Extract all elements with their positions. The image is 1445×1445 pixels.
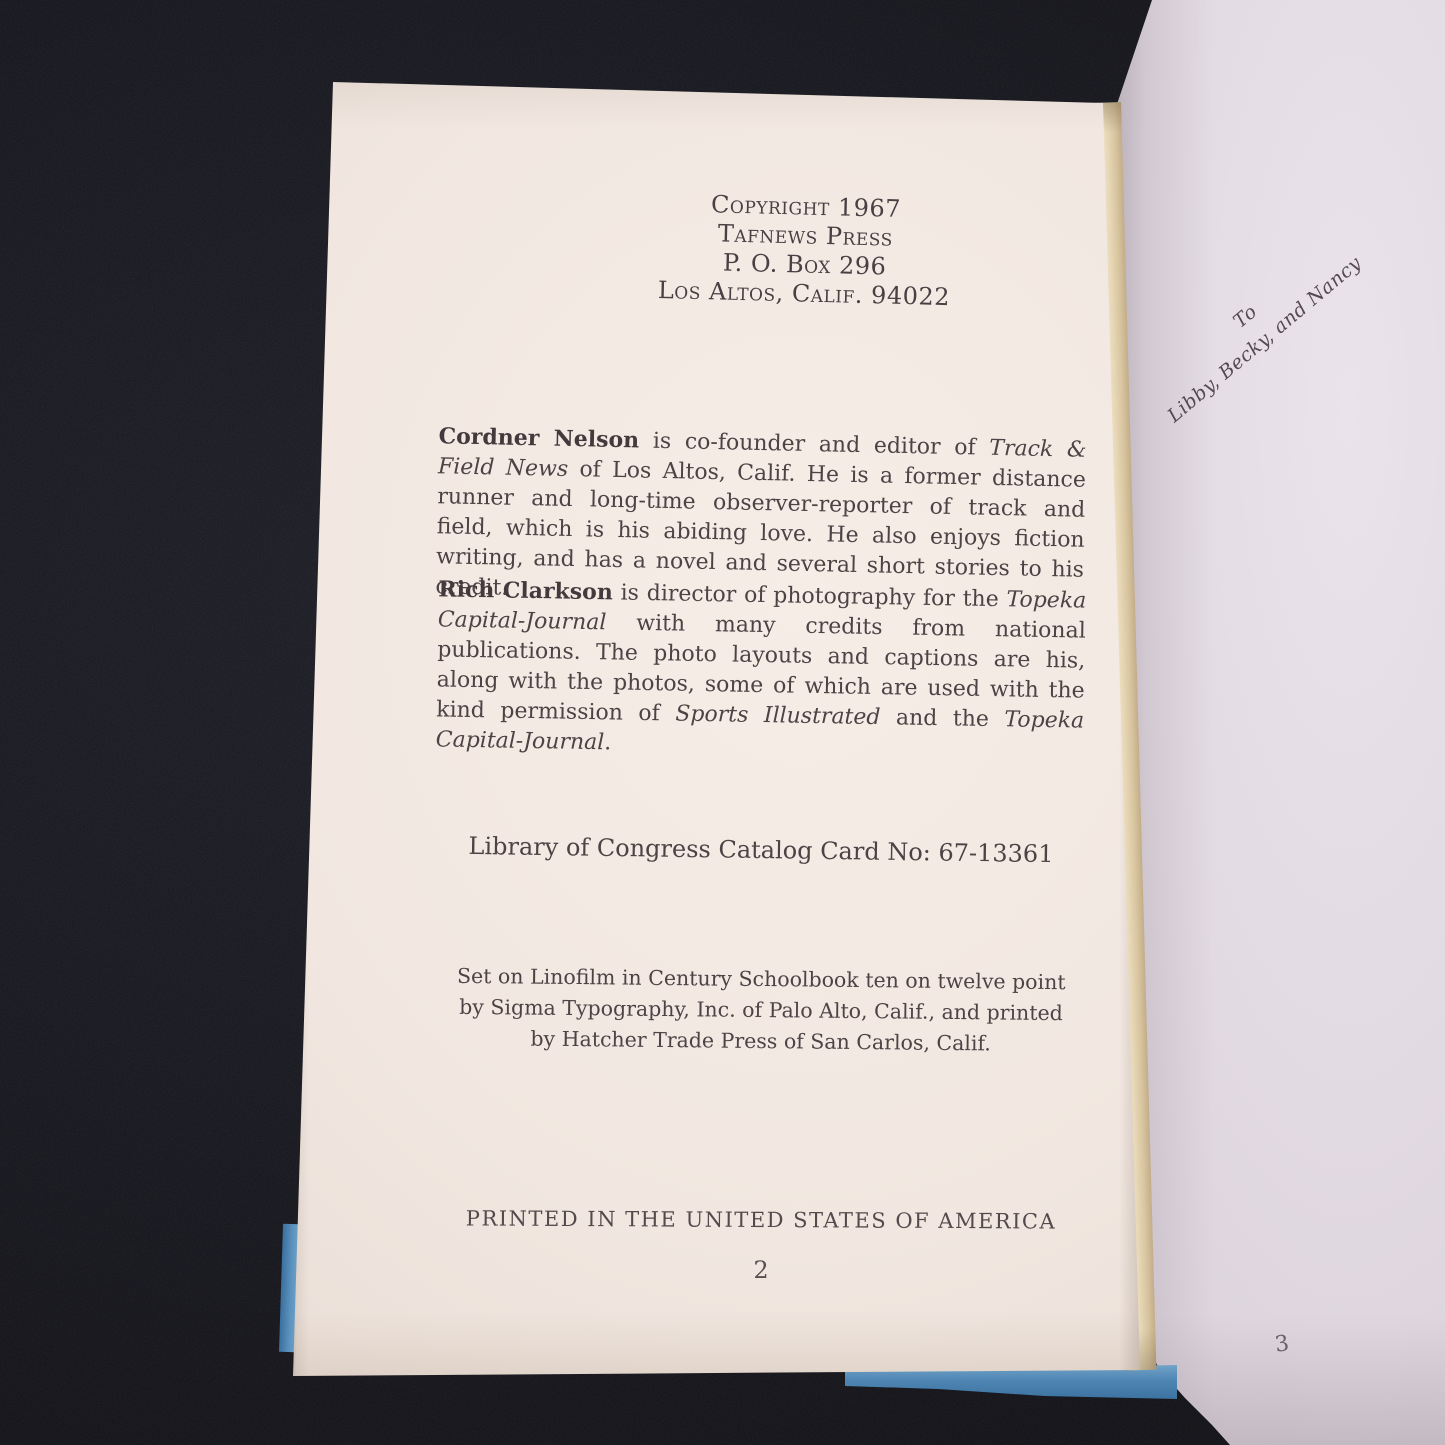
printed-in-usa-line: PRINTED IN THE UNITED STATES OF AMERICA (437, 1206, 1085, 1233)
dedication-line-names: Libby, Becky, and Nancy (1159, 248, 1370, 432)
copyright-page: Copyright 1967 Tafnews Press P. O. Box 2… (285, 80, 1145, 1380)
book-photo: To Libby, Becky, and Nancy 3 Copyright 1… (0, 0, 1445, 1445)
page-number-right: 3 (1273, 1331, 1290, 1358)
copyright-block: Copyright 1967 Tafnews Press P. O. Box 2… (436, 184, 1131, 317)
page-number-left: 2 (437, 1255, 1085, 1285)
loc-catalog-line: Library of Congress Catalog Card No: 67-… (437, 831, 1085, 868)
colophon-line-3: by Hatcher Trade Press of San Carlos, Ca… (437, 1023, 1085, 1061)
dedication-text: To Libby, Becky, and Nancy (1140, 225, 1370, 432)
photographer-bio-paragraph: Rich Clarkson is director of photography… (435, 574, 1086, 766)
colophon-block: Set on Linofilm in Century Schoolbook te… (437, 961, 1086, 1061)
dedication-line-to: To (1140, 225, 1351, 409)
